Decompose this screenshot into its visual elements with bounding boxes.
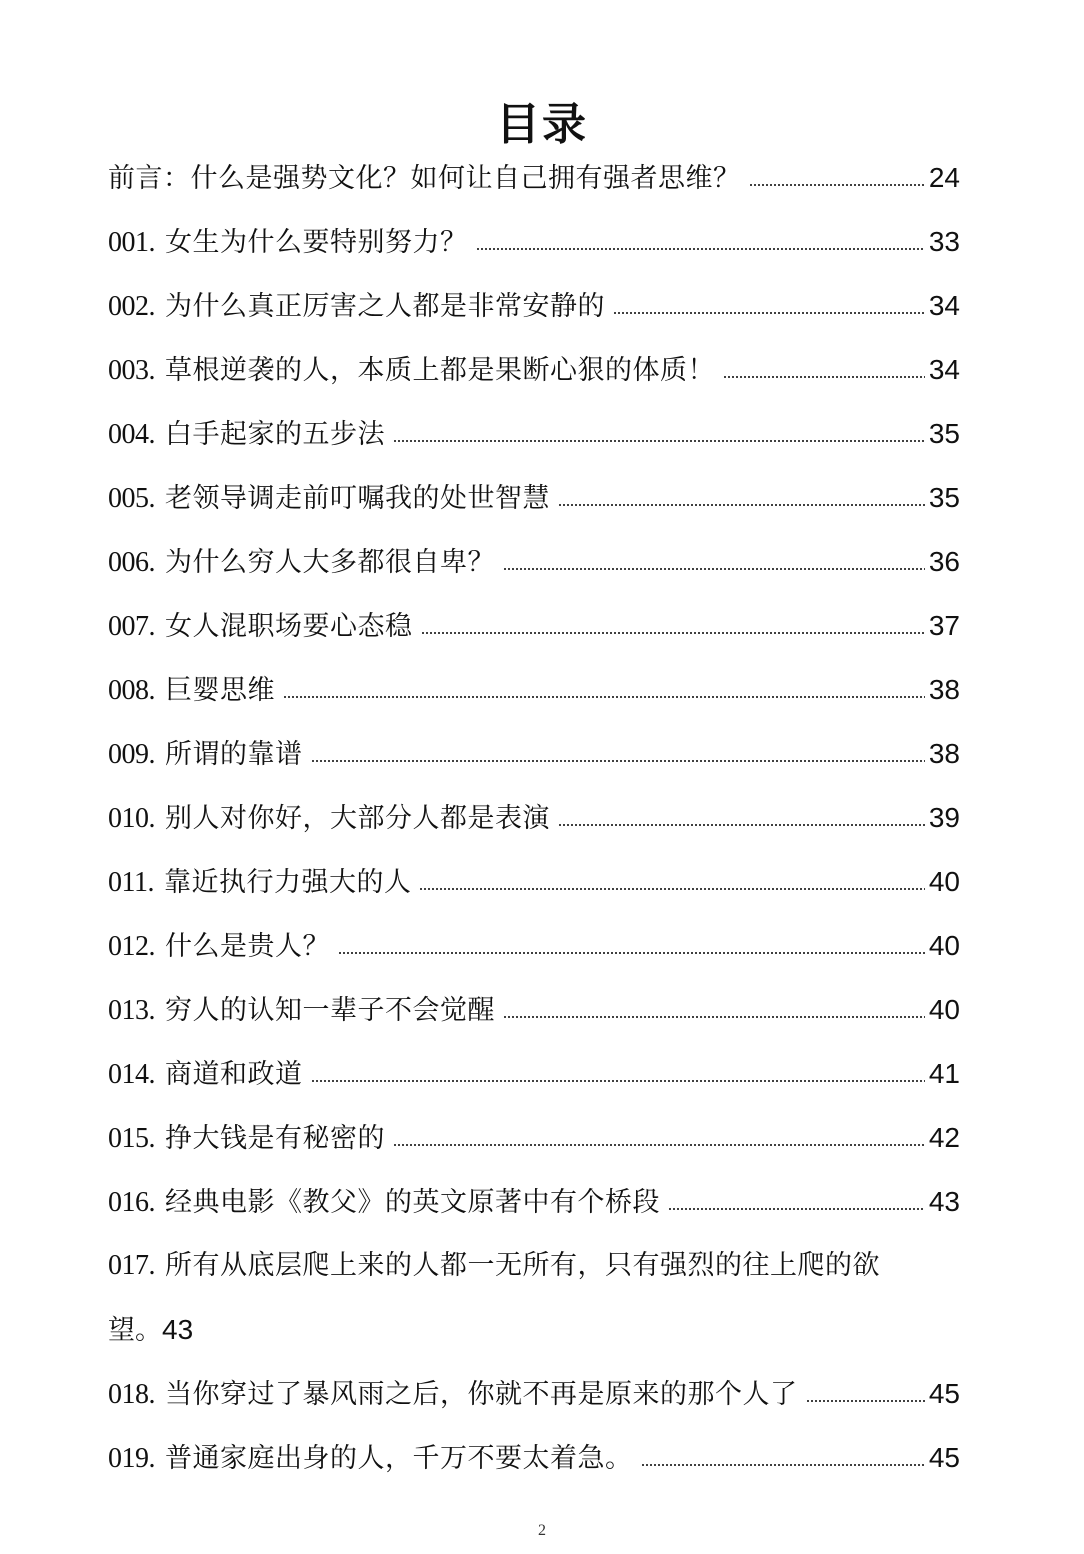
dot-leader <box>723 371 925 379</box>
toc-entry-number: 006. <box>108 531 155 595</box>
dot-leader <box>283 691 925 699</box>
toc-entry-page: 40 <box>929 978 960 1042</box>
dot-leader <box>641 1459 925 1467</box>
toc-entry-page: 34 <box>929 274 960 338</box>
toc-entry[interactable]: 009. 所谓的靠谱 38 <box>108 722 960 786</box>
dot-leader <box>419 883 924 891</box>
toc-entry-label: 草根逆袭的人，本质上都是果断心狠的体质！ <box>165 339 715 403</box>
toc-entry[interactable]: 004. 白手起家的五步法 35 <box>108 402 960 466</box>
toc-entry-label: 经典电影《教父》的英文原著中有个桥段 <box>165 1171 660 1235</box>
dot-leader <box>806 1395 925 1403</box>
toc-entry-page: 43 <box>162 1314 193 1345</box>
toc-entry-number: 001. <box>108 211 155 275</box>
toc-entry-page: 24 <box>929 146 960 210</box>
toc-entry[interactable]: 006. 为什么穷人大多都很自卑？ 36 <box>108 530 960 594</box>
toc-entry-label: 什么是贵人？ <box>165 915 330 979</box>
table-of-contents: 前言：什么是强势文化？如何让自己拥有强者思维？ 24 001. 女生为什么要特别… <box>108 146 960 1490</box>
toc-entry[interactable]: 012. 什么是贵人？ 40 <box>108 914 960 978</box>
toc-entry[interactable]: 005. 老领导调走前叮嘱我的处世智慧 35 <box>108 466 960 530</box>
document-page: 目录 前言：什么是强势文化？如何让自己拥有强者思维？ 24 001. 女生为什么… <box>0 0 1084 1554</box>
toc-entry-label: 别人对你好，大部分人都是表演 <box>165 787 550 851</box>
toc-entry-page: 40 <box>929 850 960 914</box>
dot-leader <box>476 243 925 251</box>
toc-entry-label: 所有从底层爬上来的人都一无所有，只有强烈的往上爬的欲 <box>165 1234 880 1298</box>
toc-entry-number: 011. <box>108 851 154 915</box>
toc-entry-number: 019. <box>108 1427 155 1491</box>
toc-entry-page: 37 <box>929 594 960 658</box>
toc-entry-page: 36 <box>929 530 960 594</box>
toc-entry-label: 白手起家的五步法 <box>165 403 385 467</box>
toc-entry-label: 女生为什么要特别努力？ <box>165 211 468 275</box>
dot-leader <box>749 179 925 187</box>
toc-entry-page: 38 <box>929 658 960 722</box>
toc-entry-number: 010. <box>108 787 155 851</box>
toc-entry-label: 前言：什么是强势文化？如何让自己拥有强者思维？ <box>108 147 741 211</box>
dot-leader <box>311 1075 925 1083</box>
page-number: 2 <box>0 1522 1084 1540</box>
toc-entry-page: 45 <box>929 1362 960 1426</box>
toc-entry-number: 017. <box>108 1234 155 1298</box>
toc-entry-label: 女人混职场要心态稳 <box>165 595 413 659</box>
toc-entry-number: 003. <box>108 339 155 403</box>
toc-entry-page: 42 <box>929 1106 960 1170</box>
toc-entry[interactable]: 013. 穷人的认知一辈子不会觉醒 40 <box>108 978 960 1042</box>
toc-entry[interactable]: 002. 为什么真正厉害之人都是非常安静的 34 <box>108 274 960 338</box>
toc-entry-label: 当你穿过了暴风雨之后，你就不再是原来的那个人了 <box>165 1363 798 1427</box>
toc-entry[interactable]: 001. 女生为什么要特别努力？ 33 <box>108 210 960 274</box>
toc-entry-number: 007. <box>108 595 155 659</box>
toc-entry-number: 016. <box>108 1171 155 1235</box>
toc-entry-page: 39 <box>929 786 960 850</box>
toc-entry[interactable]: 007. 女人混职场要心态稳 37 <box>108 594 960 658</box>
toc-entry-line-1: 017. 所有从底层爬上来的人都一无所有，只有强烈的往上爬的欲 <box>108 1234 960 1298</box>
dot-leader <box>558 499 925 507</box>
toc-entry-label: 商道和政道 <box>165 1043 303 1107</box>
toc-entry-number: 002. <box>108 275 155 339</box>
dot-leader <box>338 947 925 955</box>
toc-entry-page: 41 <box>929 1042 960 1106</box>
toc-entry-line-2: 望。43 <box>108 1298 960 1362</box>
toc-entry-label: 靠近执行力强大的人 <box>164 851 412 915</box>
toc-entry-number: 008. <box>108 659 155 723</box>
dot-leader <box>613 307 925 315</box>
toc-entry[interactable]: 019. 普通家庭出身的人，千万不要太着急。 45 <box>108 1426 960 1490</box>
toc-entry[interactable]: 016. 经典电影《教父》的英文原著中有个桥段 43 <box>108 1170 960 1234</box>
toc-entry-page: 35 <box>929 402 960 466</box>
toc-entry-label: 挣大钱是有秘密的 <box>165 1107 385 1171</box>
toc-entry[interactable]: 008. 巨婴思维 38 <box>108 658 960 722</box>
toc-entry[interactable]: 010. 别人对你好，大部分人都是表演 39 <box>108 786 960 850</box>
toc-entry[interactable]: 003. 草根逆袭的人，本质上都是果断心狠的体质！ 34 <box>108 338 960 402</box>
toc-entry-page: 43 <box>929 1170 960 1234</box>
toc-entry-label: 老领导调走前叮嘱我的处世智慧 <box>165 467 550 531</box>
dot-leader <box>393 435 925 443</box>
toc-entry[interactable]: 018. 当你穿过了暴风雨之后，你就不再是原来的那个人了 45 <box>108 1362 960 1426</box>
dot-leader <box>503 1011 925 1019</box>
toc-entry-label: 穷人的认知一辈子不会觉醒 <box>165 979 495 1043</box>
toc-entry-number: 009. <box>108 723 155 787</box>
toc-entry-number: 018. <box>108 1363 155 1427</box>
dot-leader <box>311 755 925 763</box>
toc-entry-page: 34 <box>929 338 960 402</box>
toc-entry[interactable]: 015. 挣大钱是有秘密的 42 <box>108 1106 960 1170</box>
toc-entry[interactable]: 014. 商道和政道 41 <box>108 1042 960 1106</box>
toc-entry-label: 所谓的靠谱 <box>165 723 303 787</box>
toc-entry-number: 013. <box>108 979 155 1043</box>
toc-entry-number: 004. <box>108 403 155 467</box>
toc-entry-number: 014. <box>108 1043 155 1107</box>
dot-leader <box>558 819 925 827</box>
dot-leader <box>421 627 925 635</box>
toc-entry-page: 33 <box>929 210 960 274</box>
toc-entry-page: 45 <box>929 1426 960 1490</box>
toc-entry-number: 012. <box>108 915 155 979</box>
toc-entry-page: 38 <box>929 722 960 786</box>
toc-entry-label: 巨婴思维 <box>165 659 275 723</box>
toc-entry-label: 普通家庭出身的人，千万不要太着急。 <box>165 1427 633 1491</box>
toc-entry-number: 005. <box>108 467 155 531</box>
toc-entry-label: 为什么穷人大多都很自卑？ <box>165 531 495 595</box>
toc-entry-wrapped[interactable]: 017. 所有从底层爬上来的人都一无所有，只有强烈的往上爬的欲 望。43 <box>108 1234 960 1362</box>
toc-entry-number: 015. <box>108 1107 155 1171</box>
toc-entry-label-continuation: 望。 <box>108 1315 162 1346</box>
dot-leader <box>668 1203 925 1211</box>
toc-entry-label: 为什么真正厉害之人都是非常安静的 <box>165 275 605 339</box>
toc-entry-preface[interactable]: 前言：什么是强势文化？如何让自己拥有强者思维？ 24 <box>108 146 960 210</box>
toc-entry-page: 35 <box>929 466 960 530</box>
toc-entry-page: 40 <box>929 914 960 978</box>
toc-entry[interactable]: 011. 靠近执行力强大的人 40 <box>108 850 960 914</box>
dot-leader <box>503 563 925 571</box>
dot-leader <box>393 1139 925 1147</box>
